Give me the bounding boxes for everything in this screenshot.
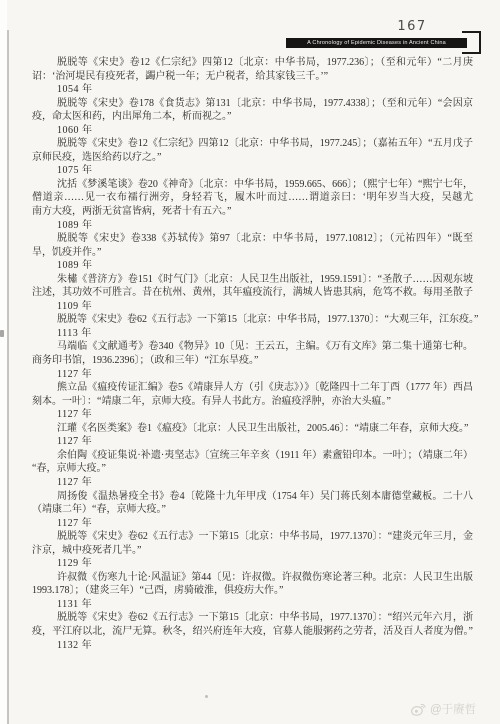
- year-heading: 1089 年: [32, 219, 473, 233]
- chronology-content: 脱脱等《宋史》卷12《仁宗纪》四第12〔北京：中华书局，1977.236〕；（至…: [32, 56, 473, 652]
- citation-line: “春，京师大疫。”: [32, 462, 473, 476]
- year-heading: 1060 年: [32, 124, 473, 138]
- citation-line: 周扬俊《温热暑疫全书》卷4〔乾隆十九年甲戌（1754 年）吴门蒋氏刻本庸德堂藏板…: [32, 490, 473, 504]
- weibo-logo-icon: [410, 702, 427, 717]
- citation-line: 脱脱等《宋史》卷62《五行志》一下第15〔北京：中华书局，1977.1370〕：…: [32, 313, 473, 327]
- running-head-bar: A Chronology of Epidemic Diseases in Anc…: [286, 38, 467, 48]
- scan-speck: [0, 330, 4, 337]
- citation-line: 脱脱等《宋史》卷12《仁宗纪》四第12〔北京：中华书局，1977.236〕；（至…: [32, 56, 473, 70]
- year-heading: 1127 年: [32, 435, 473, 449]
- watermark-text: @于赓哲: [430, 701, 476, 717]
- year-heading: 1132 年: [32, 639, 473, 653]
- citation-line: 许叔微《伤寒九十论·风温证》第44〔见：许叔微。许叔微伤寒论著三种。北京：人民卫…: [32, 571, 473, 585]
- year-heading: 1054 年: [32, 83, 473, 97]
- citation-line: 疫，平江府以北，流尸无算。秋冬，绍兴府连年大疫，官募人能服粥药之劳者，活及百人者…: [32, 625, 473, 639]
- citation-line: 朱橚《普济方》卷151《时气门》〔北京：人民卫生出版社，1959.1591〕：“…: [32, 273, 473, 287]
- citation-line: 脱脱等《宋史》卷62《五行志》一下第15〔北京：中华书局，1977.1370〕：…: [32, 530, 473, 544]
- year-heading: 1075 年: [32, 164, 473, 178]
- year-heading: 1127 年: [32, 408, 473, 422]
- year-heading: 1089 年: [32, 259, 473, 273]
- citation-line: 熊立品《瘟疫传证汇编》卷5《靖康异人方（引《庚志》）》〔乾隆四十二年丁酉（177…: [32, 381, 473, 395]
- citation-line: 沈括《梦溪笔谈》卷20《神奇》〔北京：中华书局，1959.665、666〕；（熙…: [32, 178, 473, 192]
- citation-line: （靖康二年）“春，京师大疫。”: [32, 503, 473, 517]
- citation-line: 马端临《文献通考》卷340《物异》10〔见：王云五，主编。《万有文库》第二集十通…: [32, 340, 473, 354]
- citation-line: 注述，其功效不可胜言。昔在杭州、黄州，其年瘟疫流行，满城人皆患其病，危笃不救。每…: [32, 286, 473, 300]
- citation-line: 江瓘《名医类案》卷1《瘟疫》〔北京：人民卫生出版社，2005.46〕：“靖康二年…: [32, 422, 473, 436]
- citation-line: 1993.178〕；（建炎三年）“己酉，虏骑破淮，俱疫疠大作。”: [32, 584, 473, 598]
- page-number: 167: [390, 19, 434, 34]
- year-heading: 1109 年: [32, 300, 473, 314]
- citation-line: 脱脱等《宋史》卷12《仁宗纪》四第12〔北京：中华书局，1977.245〕；（嘉…: [32, 137, 473, 151]
- citation-line: 汴京，城中疫死者几半。”: [32, 544, 473, 558]
- running-head-text: A Chronology of Epidemic Diseases in Anc…: [307, 40, 446, 46]
- citation-line: 商务印书馆，1936.2396〕；（政和三年）“江东旱疫。”: [32, 354, 473, 368]
- citation-line: 诏：‘治河堤民有疫死者，蠲户税一年；无户税者，给其家钱三千。’”: [32, 70, 473, 84]
- citation-line: 脱脱等《宋史》卷338《苏轼传》第97〔北京：中华书局，1977.10812〕；…: [32, 232, 473, 246]
- year-heading: 1127 年: [32, 476, 473, 490]
- year-heading: 1131 年: [32, 598, 473, 612]
- citation-line: 京师民疫，选医给药以疗之。”: [32, 151, 473, 165]
- scan-edge-shadow: [7, 30, 9, 724]
- scan-speck: [205, 695, 208, 698]
- citation-line: 旱，饥疫并作。”: [32, 246, 473, 260]
- year-heading: 1127 年: [32, 517, 473, 531]
- citation-line: 僧道亲……见一衣布襦行洲旁，身轻若飞，履木叶而过……谓道亲曰：‘明年岁当大疫，吴…: [32, 191, 473, 205]
- year-heading: 1127 年: [32, 368, 473, 382]
- citation-line: 南方大疫，两浙无贫富皆病，死者十有五六。”: [32, 205, 473, 219]
- year-heading: 1113 年: [32, 327, 473, 341]
- scan-edge-margin: [0, 0, 7, 724]
- citation-line: 脱脱等《宋史》卷178《食货志》第131〔北京：中华书局，1977.4338〕；…: [32, 97, 473, 111]
- citation-line: 余伯陶《疫证集说·补遗·夷坚志》〔宣统三年辛亥（1911 年）素盦铅印本。一叶〕…: [32, 449, 473, 463]
- citation-line: 刻本。一叶〕：“靖康二年，京师大疫。有异人书此方。治瘟疫浮肿，亦治大头瘟。”: [32, 395, 473, 409]
- citation-line: 疫，命太医和药，内出犀角二本，析而视之。”: [32, 110, 473, 124]
- citation-line: 脱脱等《宋史》卷62《五行志》一下第15〔北京：中华书局，1977.1370〕：…: [32, 611, 473, 625]
- year-heading: 1129 年: [32, 557, 473, 571]
- watermark: @于赓哲: [410, 701, 476, 717]
